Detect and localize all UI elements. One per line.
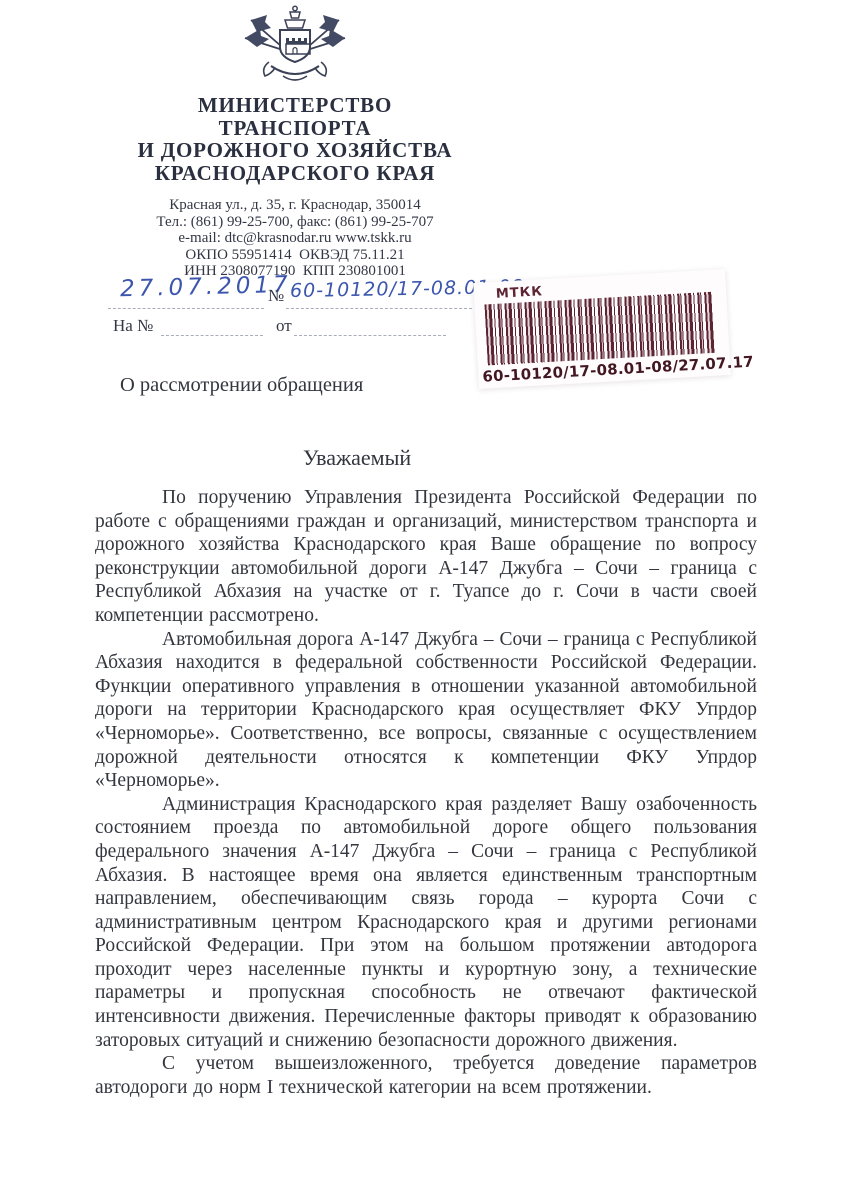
scanned-letter-page: МИНИСТЕРСТВО ТРАНСПОРТА И ДОРОЖНОГО ХОЗЯ…: [0, 0, 849, 1200]
org-name-line: КРАСНОДАРСКОГО КРАЯ: [85, 162, 505, 185]
org-name-line: МИНИСТЕРСТВО: [85, 94, 505, 117]
reply-to-blank-line: [161, 335, 263, 336]
number-blank-line: [286, 308, 472, 309]
body-paragraph: Автомобильная дорога А-147 Джубга – Сочи…: [95, 628, 757, 793]
org-name: МИНИСТЕРСТВО ТРАНСПОРТА И ДОРОЖНОГО ХОЗЯ…: [85, 94, 505, 184]
handwritten-date: 27.07.2017: [120, 272, 292, 302]
registration-barcode-sticker: МТКК 60-10120/17-08.01-08/27.07.17: [473, 269, 731, 389]
org-name-line: ТРАНСПОРТА: [85, 117, 505, 140]
coat-of-arms-icon: [239, 4, 351, 92]
body-paragraph: По поручению Управления Президента Росси…: [95, 486, 757, 628]
barcode-bars: [484, 292, 715, 366]
salutation: Уважаемый: [303, 445, 411, 471]
reply-to-label: На №: [113, 316, 153, 336]
date-blank-line: [108, 308, 264, 309]
number-sign-label: №: [268, 286, 284, 306]
letter-subject: О рассмотрении обращения: [120, 374, 363, 397]
letterhead: МИНИСТЕРСТВО ТРАНСПОРТА И ДОРОЖНОГО ХОЗЯ…: [85, 4, 505, 280]
body-paragraph: Администрация Краснодарского края раздел…: [95, 793, 757, 1053]
body-paragraph: С учетом вышеизложенного, требуется дове…: [95, 1052, 757, 1099]
letter-body: По поручению Управления Президента Росси…: [95, 486, 757, 1099]
org-address-block: Красная ул., д. 35, г. Краснодар, 350014…: [85, 197, 505, 280]
org-name-line: И ДОРОЖНОГО ХОЗЯЙСТВА: [85, 139, 505, 162]
from-blank-line: [294, 335, 446, 336]
barcode-label: МТКК: [495, 284, 543, 302]
address-line: Красная ул., д. 35, г. Краснодар, 350014: [85, 197, 505, 214]
address-line: Тел.: (861) 99-25-700, факс: (861) 99-25…: [85, 214, 505, 231]
address-line: ОКПО 55951414 ОКВЭД 75.11.21: [85, 247, 505, 264]
from-label: от: [276, 316, 292, 336]
address-line: e-mail: dtc@krasnodar.ru www.tskk.ru: [85, 230, 505, 247]
